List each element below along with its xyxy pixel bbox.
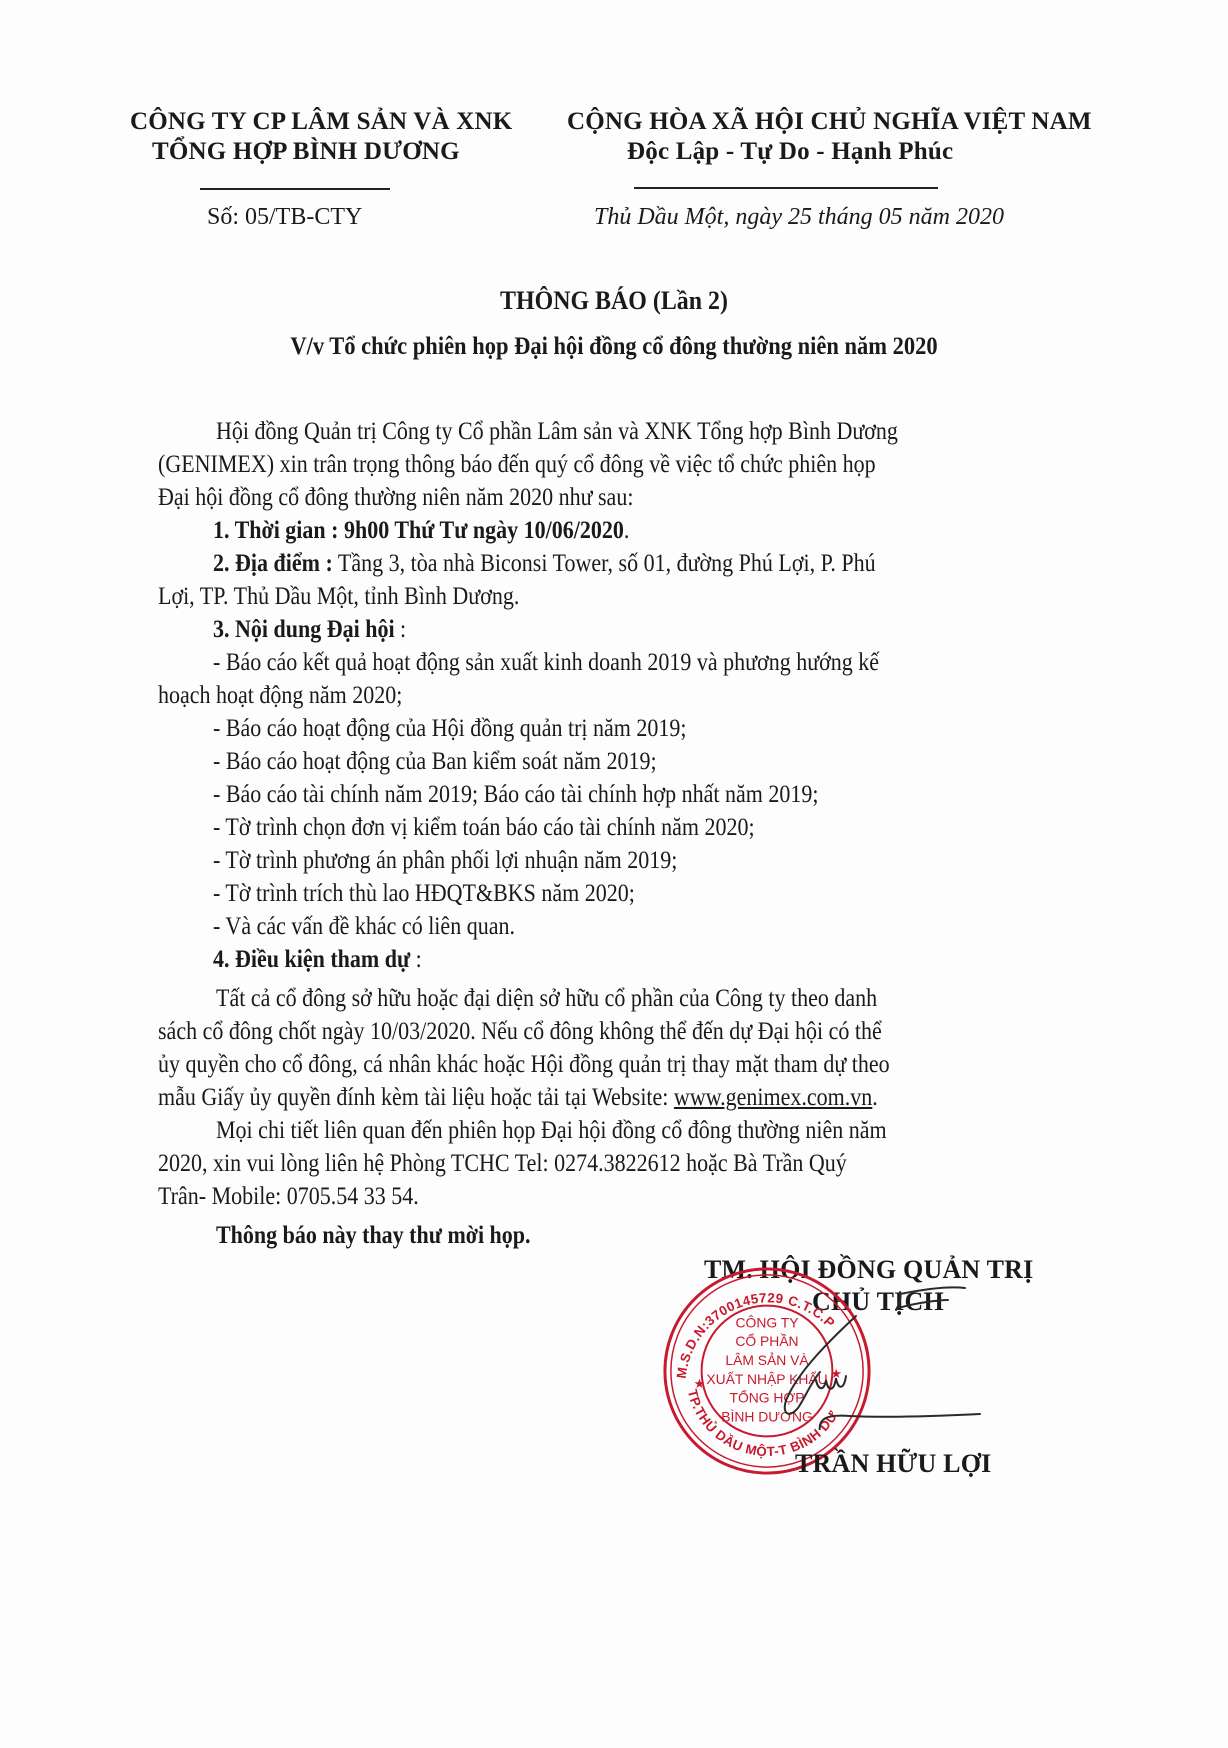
agenda-item: - Và các vấn đề khác có liên quan. [213,913,515,941]
agenda-item: - Báo cáo tài chính năm 2019; Báo cáo tà… [213,781,818,809]
place-line2: Lợi, TP. Thủ Dầu Một, tỉnh Bình Dương. [158,583,519,611]
handwritten-signature [780,1280,1040,1430]
intro-line: Đại hội đồng cổ đông thường niên năm 202… [158,484,633,512]
stamp-star-icon: ★ [694,1376,706,1391]
contact-line: 2020, xin vui lòng liên hệ Phòng TCHC Te… [158,1150,847,1178]
contact-line: Mọi chi tiết liên quan đến phiên họp Đại… [216,1117,887,1145]
section-place: 2. Địa điểm : Tầng 3, tòa nhà Biconsi To… [213,550,876,578]
notice-subject: V/v Tổ chức phiên họp Đại hội đồng cổ đô… [61,333,1166,361]
closing-statement: Thông báo này thay thư mời họp. [216,1222,531,1250]
company-name-line1: CÔNG TY CP LÂM SẢN VÀ XNK [130,108,512,136]
document-number: Số: 05/TB-CTY [207,204,362,231]
conditions-label: 4. Điều kiện tham dự [213,946,410,973]
intro-line: (GENIMEX) xin trân trọng thông báo đến q… [158,451,876,479]
place-value: Tầng 3, tòa nhà Biconsi Tower, số 01, đư… [333,550,876,577]
section-agenda-heading: 3. Nội dung Đại hội : [213,616,406,644]
agenda-label: 3. Nội dung Đại hội [213,616,395,643]
conditions-line-website: mẫu Giấy ủy quyền đính kèm tài liệu hoặc… [158,1084,878,1112]
agenda-item: - Báo cáo kết quả hoạt động sản xuất kin… [213,649,879,677]
agenda-item: - Tờ trình phương án phân phối lợi nhuận… [213,847,677,875]
conditions-line: ủy quyền cho cổ đông, cá nhân khác hoặc … [158,1051,890,1079]
notice-title: THÔNG BÁO (Lần 2) [49,286,1179,316]
national-motto: Độc Lập - Tự Do - Hạnh Phúc [627,138,953,166]
agenda-item: - Tờ trình chọn đơn vị kiểm toán báo cáo… [213,814,755,842]
time-value: 9h00 Thứ Tư ngày 10/06/2020 [338,517,623,544]
nation-title: CỘNG HÒA XÃ HỘI CHỦ NGHĨA VIỆT NAM [567,108,1092,136]
time-label: 1. Thời gian : [213,517,338,544]
agenda-item: - Báo cáo hoạt động của Ban kiểm soát nă… [213,748,657,776]
section-conditions-heading: 4. Điều kiện tham dự : [213,946,422,974]
conditions-line-text: mẫu Giấy ủy quyền đính kèm tài liệu hoặc… [158,1084,674,1111]
place-and-date: Thủ Dầu Một, ngày 25 tháng 05 năm 2020 [594,204,1004,231]
conditions-colon: : [410,946,422,973]
website-link[interactable]: www.genimex.com.vn [674,1084,872,1111]
agenda-item: - Báo cáo hoạt động của Hội đồng quản tr… [213,715,687,743]
agenda-item: - Tờ trình trích thù lao HĐQT&BKS năm 20… [213,880,635,908]
contact-line: Trân- Mobile: 0705.54 33 54. [158,1183,419,1211]
agenda-item-continued: hoạch hoạt động năm 2020; [158,682,402,710]
left-header-rule [200,188,390,190]
website-end: . [872,1084,878,1111]
section-time: 1. Thời gian : 9h00 Thứ Tư ngày 10/06/20… [213,517,629,545]
signatory-name: TRẦN HỮU LỢI [795,1449,991,1479]
right-header-rule [634,187,938,189]
time-end: . [624,517,630,544]
document-page: CÔNG TY CP LÂM SẢN VÀ XNK TỔNG HỢP BÌNH … [0,0,1228,1748]
agenda-colon: : [395,616,407,643]
intro-line: Hội đồng Quản trị Công ty Cổ phần Lâm sả… [216,418,1117,446]
conditions-line: sách cổ đông chốt ngày 10/03/2020. Nếu c… [158,1018,882,1046]
conditions-line: Tất cả cổ đông sở hữu hoặc đại diện sở h… [216,985,877,1013]
company-name-line2: TỔNG HỢP BÌNH DƯƠNG [152,138,460,166]
place-label: 2. Địa điểm : [213,550,333,577]
